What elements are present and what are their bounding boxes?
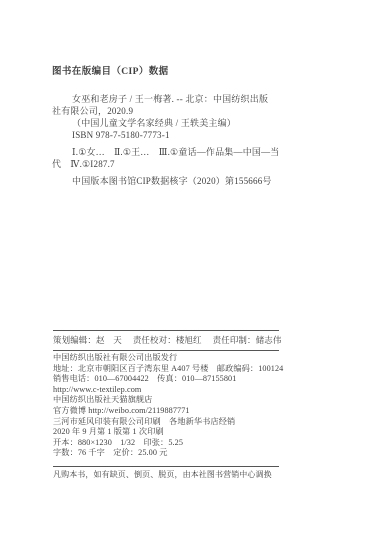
divider-top bbox=[53, 330, 279, 331]
cip-line-title-author: 女巫和老房子 / 王一梅著. -- 北京：中国纺织出版 bbox=[52, 93, 292, 105]
planning-editor: 策划编辑：赵 天 bbox=[53, 335, 122, 346]
publisher-weibo-line: 官方微博 http://weibo.com/2119887771 bbox=[53, 406, 279, 417]
cip-line-classification-1: Ⅰ.①女… Ⅱ.①王… Ⅲ.①童话—作品集—中国—当 bbox=[52, 146, 292, 158]
credits-row: 策划编辑：赵 天 责任校对：楼旭红 责任印制：储志伟 bbox=[53, 335, 279, 346]
publisher-website-line: http://www.c-textilep.com bbox=[53, 385, 279, 396]
divider-middle bbox=[53, 350, 279, 351]
printer-distributor-line: 三河市延风印装有限公司印刷 各地新华书店经销 bbox=[53, 417, 279, 428]
divider-bottom bbox=[53, 466, 279, 467]
cip-line-publisher-year: 社有限公司，2020.9 bbox=[52, 105, 292, 117]
publisher-info: 中国纺织出版社有限公司出版发行 地址：北京市朝阳区百子湾东里 A407 号楼 邮… bbox=[53, 353, 279, 459]
cip-line-registry-number: 中国版本图书馆CIP数据核字（2020）第155666号 bbox=[52, 175, 292, 187]
publisher-address-line: 地址：北京市朝阳区百子湾东里 A407 号楼 邮政编码：100124 bbox=[53, 364, 279, 375]
cip-line-classification-2: 代 Ⅳ.①I287.7 bbox=[52, 158, 292, 170]
cip-title: 图书在版编目（CIP）数据 bbox=[52, 66, 292, 78]
cip-line-isbn: ISBN 978-7-5180-7773-1 bbox=[52, 129, 292, 141]
wordcount-price-line: 字数：76 千字 定价：25.00 元 bbox=[53, 448, 279, 459]
cip-line-series: （中国儿童文学名家经典 / 王轶美主编） bbox=[52, 117, 292, 129]
book-colophon-page: 图书在版编目（CIP）数据 女巫和老房子 / 王一梅著. -- 北京：中国纺织出… bbox=[0, 0, 375, 543]
edition-line: 2020 年 9 月第 1 版第 1 次印刷 bbox=[53, 427, 279, 438]
proofreader: 责任校对：楼旭红 bbox=[133, 335, 202, 346]
print-supervisor: 责任印制：储志伟 bbox=[213, 335, 282, 346]
cip-section: 图书在版编目（CIP）数据 女巫和老房子 / 王一梅著. -- 北京：中国纺织出… bbox=[52, 66, 292, 187]
replacement-notice: 凡购本书，如有缺页、倒页、脱页，由本社图书营销中心调换 bbox=[53, 470, 279, 481]
format-line: 开本：880×1230 1/32 印张：5.25 bbox=[53, 438, 279, 449]
publisher-phone-line: 销售电话：010—67004422 传真：010—87155801 bbox=[53, 374, 279, 385]
publisher-name-line: 中国纺织出版社有限公司出版发行 bbox=[53, 353, 279, 364]
publisher-tmall-line: 中国纺织出版社天猫旗舰店 bbox=[53, 395, 279, 406]
colophon-section: 策划编辑：赵 天 责任校对：楼旭红 责任印制：储志伟 中国纺织出版社有限公司出版… bbox=[53, 330, 279, 481]
